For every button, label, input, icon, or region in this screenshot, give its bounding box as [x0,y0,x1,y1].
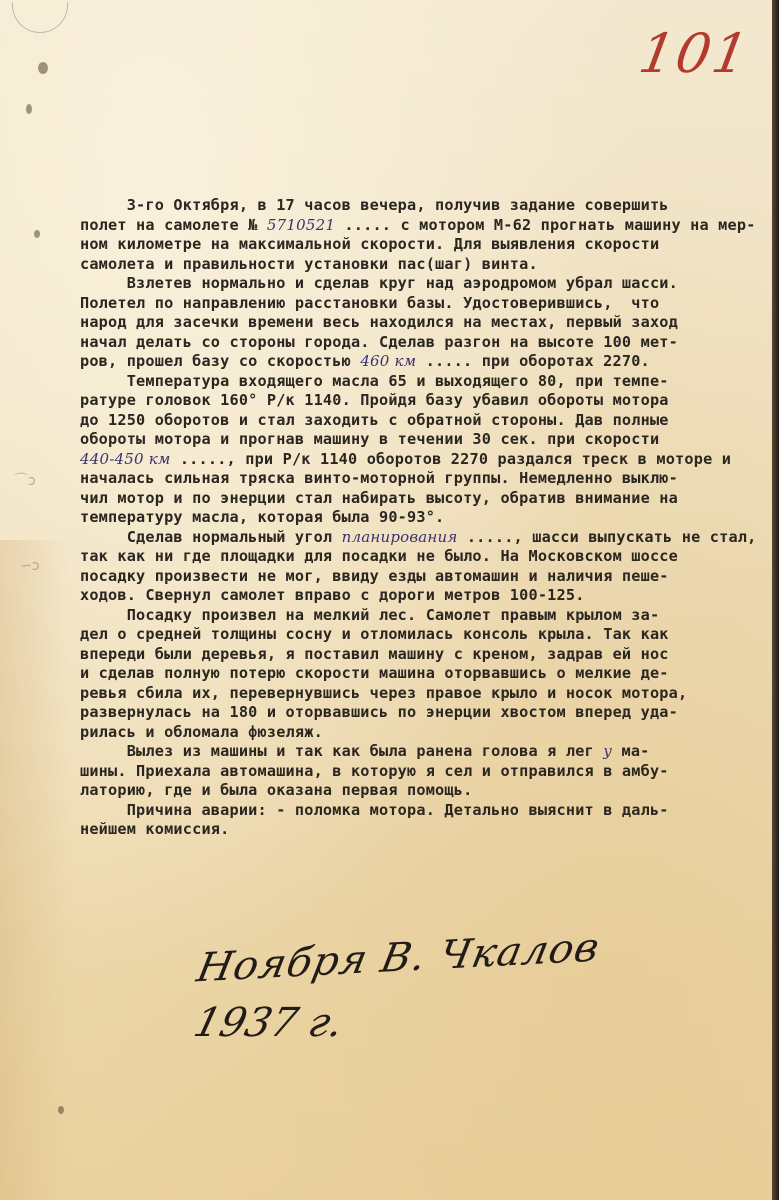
typed-line: нейшем комиссия. [80,820,770,840]
binder-hole-mark [38,62,48,74]
archive-stamp-mark [12,2,68,33]
binder-hole-mark [34,230,40,238]
typed-line: начал делать со стороны города. Сделав р… [80,333,770,353]
typed-line: ров, прошел базу со скоростью 460 км ...… [80,352,770,372]
typed-line: развернулась на 180 и оторвавшись по эне… [80,703,770,723]
signature-year: 1937 г. [189,1000,348,1046]
typed-line: и сделав полную потерю скорости машина о… [80,664,770,684]
typed-line: рилась и обломала фюзеляж. [80,723,770,743]
typed-line: так как ни где площадки для посадки не б… [80,547,770,567]
typed-line: полет на самолете № 5710521 ..... с мото… [80,216,770,236]
typed-line: обороты мотора и прогнав машину в течени… [80,430,770,450]
typed-line: ратуре головок 160° Р/к 1140. Пройдя баз… [80,391,770,411]
typed-line: температуру масла, которая была 90-93°. [80,508,770,528]
document-page: ⌒ↄ ∽ↄ 101 3-го Октября, в 17 часов вечер… [0,0,772,1200]
handwritten-insertion: 5710521 [267,216,335,234]
scan-edge-border [772,0,779,1200]
typed-line: латорию, где и была оказана первая помощ… [80,781,770,801]
margin-scratch-mark: ∽ↄ [20,558,39,574]
typed-line: ревья сбила их, перевернувшись через пра… [80,684,770,704]
signature: Ноября В. Чкалов [193,925,604,992]
folio-number: 101 [634,22,754,85]
typed-line: 440-450 км ....., при Р/к 1140 оборотов … [80,450,770,470]
binder-hole-mark [58,1106,64,1114]
typed-line: дел о средней толщины сосну и отломилась… [80,625,770,645]
typed-line: Сделав нормальный угол планирования ....… [80,528,770,548]
typed-line: самолета и правильности установки пас(ша… [80,255,770,275]
typed-line: Причина аварии: - поломка мотора. Деталь… [80,801,770,821]
typed-line: до 1250 оборотов и стал заходить с обрат… [80,411,770,431]
handwritten-insertion: 440-450 км [80,450,171,468]
typed-line: началась сильная тряска винто-моторной г… [80,469,770,489]
handwritten-insertion: у [603,742,612,760]
typed-line: Вылез из машины и так как была ранена го… [80,742,770,762]
paper-fold-shading [0,540,70,1200]
typed-line: ном километре на максимальной скорости. … [80,235,770,255]
typed-line: Температура входящего масла 65 и выходящ… [80,372,770,392]
typed-line: впереди были деревья, я поставил машину … [80,645,770,665]
typed-line: Взлетев нормально и сделав круг над аэро… [80,274,770,294]
typed-line: 3-го Октября, в 17 часов вечера, получив… [80,196,770,216]
margin-scratch-mark: ⌒ↄ [14,470,36,490]
binder-hole-mark [26,104,32,114]
typed-line: ходов. Свернул самолет вправо с дороги м… [80,586,770,606]
typed-line: посадку произвести не мог, ввиду езды ав… [80,567,770,587]
typed-line: шины. Приехала автомашина, в которую я с… [80,762,770,782]
typed-line: Полетел по направлению расстановки базы.… [80,294,770,314]
typewritten-report-body: 3-го Октября, в 17 часов вечера, получив… [80,196,770,840]
handwritten-insertion: планирования [342,528,458,546]
typed-line: чил мотор и по энерции стал набирать выс… [80,489,770,509]
typed-line: Посадку произвел на мелкий лес. Самолет … [80,606,770,626]
typed-line: народ для засечки времени весь находился… [80,313,770,333]
handwritten-insertion: 460 км [360,352,416,370]
